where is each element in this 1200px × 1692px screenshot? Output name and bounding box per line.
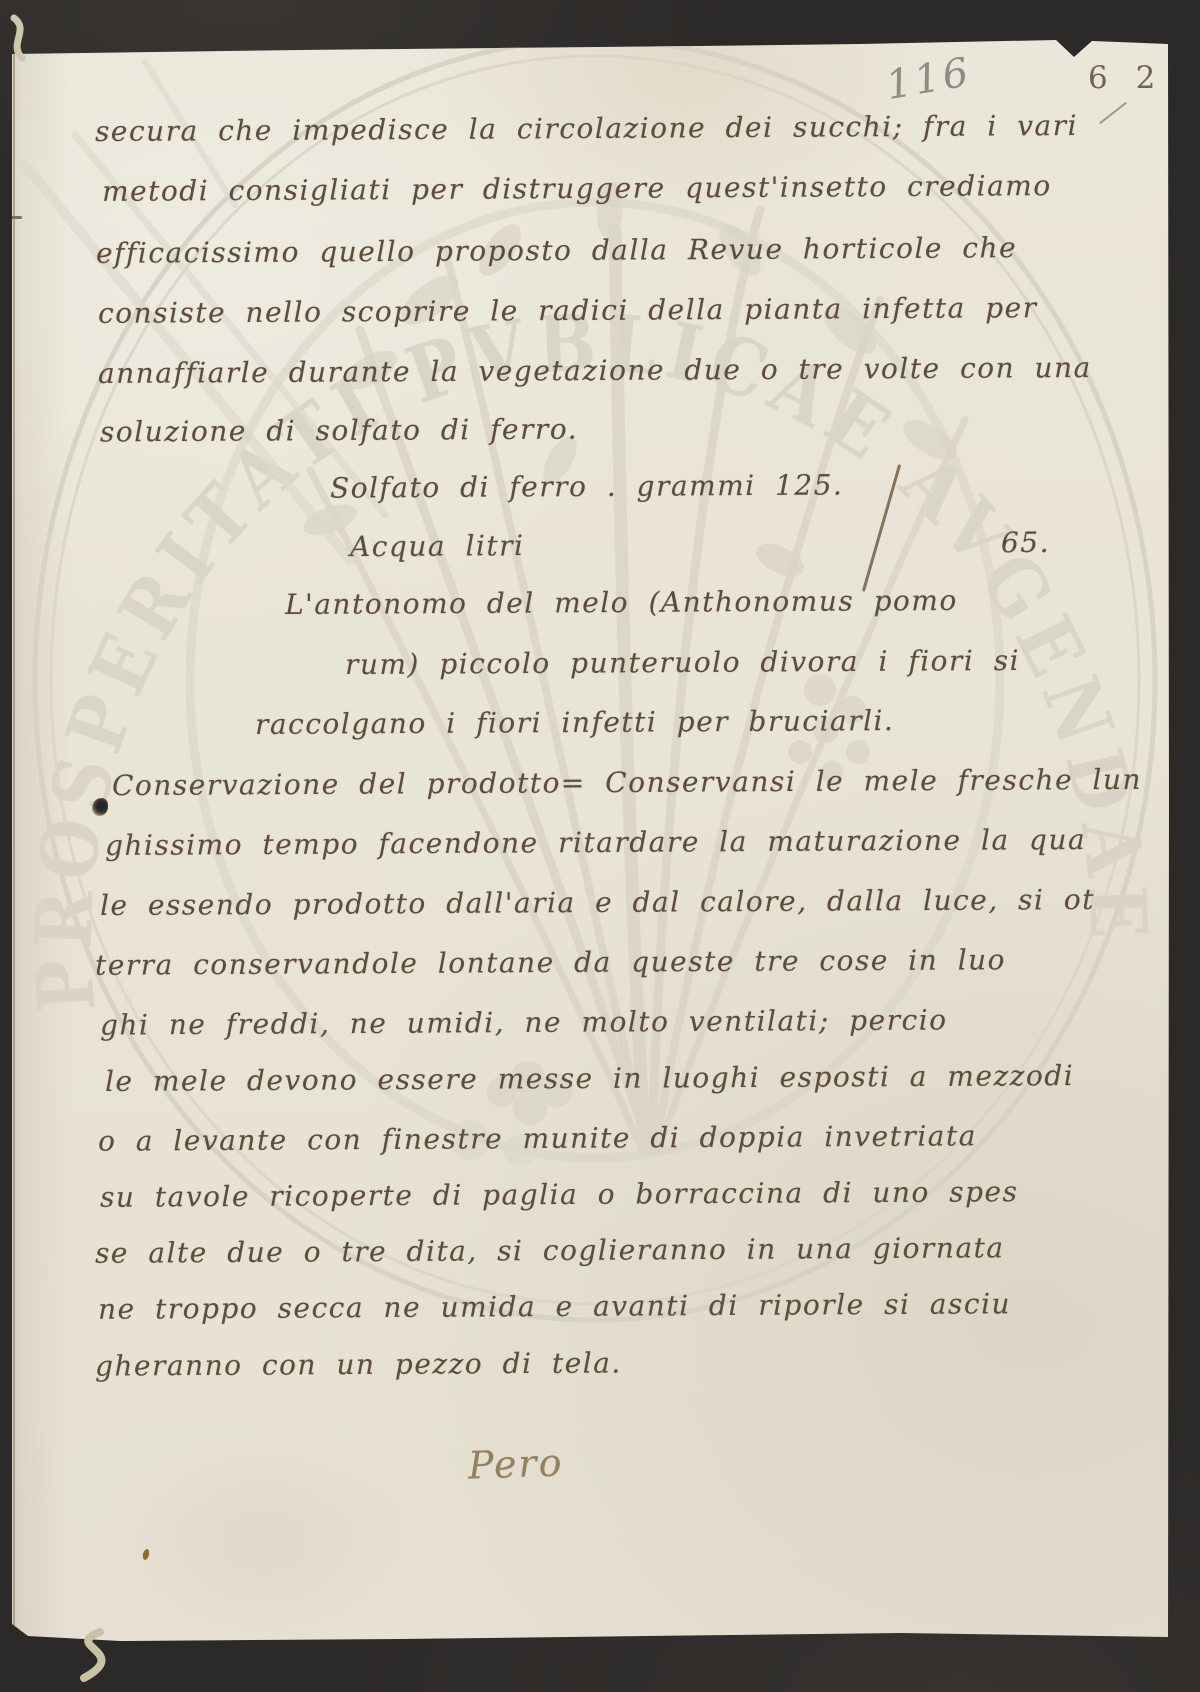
page-binding-edge	[13, 54, 15, 1638]
manuscript-line: gheranno con un pezzo di tela.	[95, 1346, 622, 1382]
manuscript-line: rum) piccolo punteruolo divora i fiori s…	[345, 644, 1020, 681]
manuscript-line: ne troppo secca ne umida e avanti di rip…	[98, 1287, 1011, 1326]
pencil-check-mark	[1099, 102, 1127, 125]
ink-blot	[92, 798, 108, 816]
manuscript-line: secura che impedisce la circolazione dei…	[95, 109, 1078, 148]
ink-dot	[142, 1548, 150, 1560]
manuscript-line: metodi consigliati per distruggere quest…	[102, 169, 1052, 208]
manuscript-line: annaffiarle durante la vegetazione due o…	[98, 351, 1092, 390]
manuscript-paper: PROSPERITATI PVBLICAE AVGENDAE	[0, 0, 1200, 1692]
recipe-water-value: 65.	[1001, 526, 1050, 559]
manuscript-line: le essendo prodotto dall'aria e dal calo…	[100, 883, 1095, 922]
manuscript-line: se alte due o tre dita, si coglieranno i…	[95, 1231, 1005, 1270]
manuscript-recipe-line-iron-sulfate: Solfato di ferro . grammi 125.	[330, 468, 844, 504]
manuscript-line: su tavole ricoperte di paglia o borracci…	[100, 1175, 1019, 1214]
manuscript-line-section-conservazione: Conservazione del prodotto= Conservansi …	[112, 763, 1142, 802]
manuscript-line: ghissimo tempo facendone ritardare la ma…	[105, 823, 1086, 862]
pencil-folio-number: 116	[883, 49, 975, 109]
manuscript-recipe-line-water: Acqua litri 65.	[350, 526, 1050, 563]
manuscript-line: le mele devono essere messe in luoghi es…	[105, 1059, 1074, 1098]
manuscript-line: soluzione di solfato di ferro.	[100, 413, 578, 449]
manuscript-line: ghi ne freddi, ne umidi, ne molto ventil…	[100, 1003, 948, 1041]
section-heading-pero: Pero	[467, 1440, 564, 1487]
manuscript-line: raccolgano i fiori infetti per bruciarli…	[255, 704, 895, 741]
page-number: 6 2	[1088, 60, 1164, 96]
manuscript-line: consiste nello scoprire le radici della …	[98, 291, 1038, 330]
manuscript-line: o a levante con finestre munite di doppi…	[98, 1119, 977, 1157]
manuscript-line: L'antonomo del melo (Anthonomus pomo	[285, 584, 958, 621]
recipe-water-label: Acqua litri	[350, 529, 525, 563]
manuscript-line: terra conservandole lontane da queste tr…	[95, 943, 1006, 982]
scanned-manuscript-page: { "document": { "pencil_folio_number": "…	[0, 0, 1200, 1692]
manuscript-line: efficacissimo quello proposto dalla Revu…	[96, 231, 1017, 270]
